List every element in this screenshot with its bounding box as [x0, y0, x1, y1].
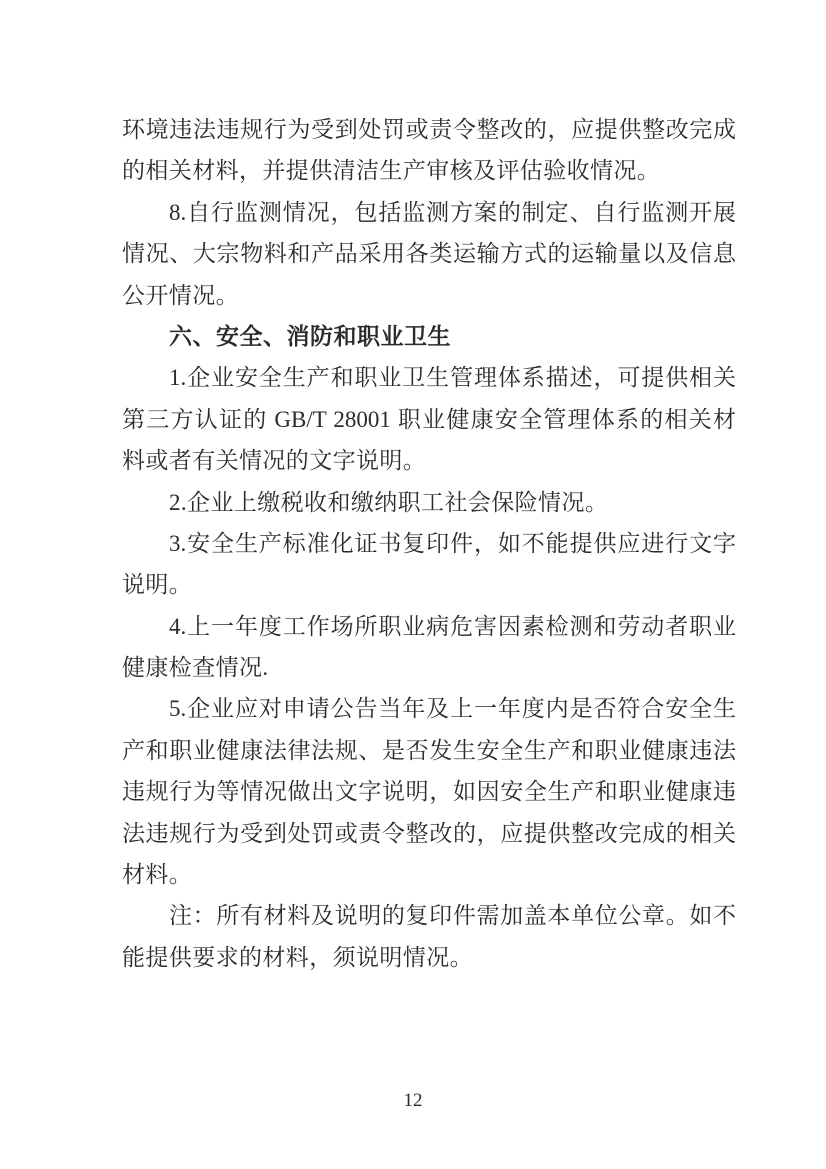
document-page: 环境违法违规行为受到处罚或责令整改的，应提供整改完成的相关材料，并提供清洁生产审… [0, 0, 826, 1169]
text-line: 能提供要求的材料，须说明情况。 [122, 937, 736, 978]
text-line: 第三方认证的 GB/T 28001 职业健康安全管理体系的相关材 [122, 399, 736, 440]
text-line: 1.企业安全生产和职业卫生管理体系描述，可提供相关 [122, 357, 736, 398]
text-line: 情况、大宗物料和产品采用各类运输方式的运输量以及信息 [122, 233, 736, 274]
text-line: 3.安全生产标准化证书复印件，如不能提供应进行文字 [122, 523, 736, 564]
document-body: 环境违法违规行为受到处罚或责令整改的，应提供整改完成的相关材料，并提供清洁生产审… [122, 109, 736, 978]
text-line: 4.上一年度工作场所职业病危害因素检测和劳动者职业 [122, 606, 736, 647]
text-line: 5.企业应对申请公告当年及上一年度内是否符合安全生 [122, 688, 736, 729]
text-line: 环境违法违规行为受到处罚或责令整改的，应提供整改完成 [122, 109, 736, 150]
text-line: 产和职业健康法律法规、是否发生安全生产和职业健康违法 [122, 730, 736, 771]
page-number: 12 [0, 1088, 826, 1114]
text-line: 的相关材料，并提供清洁生产审核及评估验收情况。 [122, 150, 736, 191]
text-line: 料或者有关情况的文字说明。 [122, 440, 736, 481]
text-line: 违规行为等情况做出文字说明，如因安全生产和职业健康违 [122, 771, 736, 812]
text-line: 材料。 [122, 854, 736, 895]
text-line: 注：所有材料及说明的复印件需加盖本单位公章。如不 [122, 895, 736, 936]
section-heading: 六、安全、消防和职业卫生 [122, 316, 736, 357]
text-line: 2.企业上缴税收和缴纳职工社会保险情况。 [122, 482, 736, 523]
text-line: 健康检查情况. [122, 647, 736, 688]
text-line: 8.自行监测情况，包括监测方案的制定、自行监测开展 [122, 192, 736, 233]
text-line: 法违规行为受到处罚或责令整改的，应提供整改完成的相关 [122, 813, 736, 854]
text-line: 公开情况。 [122, 275, 736, 316]
text-line: 说明。 [122, 564, 736, 605]
